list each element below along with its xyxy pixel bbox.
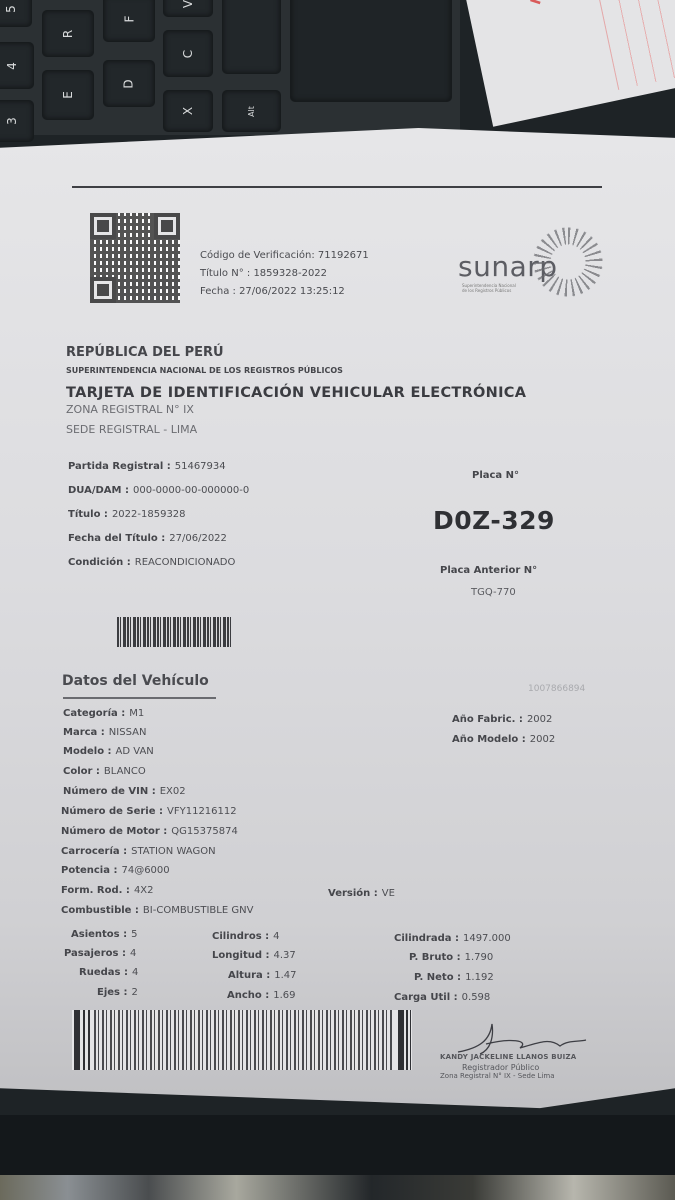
- field-carroceria: Carrocería :STATION WAGON: [61, 846, 216, 857]
- previous-plate-label: Placa Anterior N°: [440, 565, 537, 576]
- barcode-start-bar: [83, 1010, 85, 1070]
- field-modelo: Modelo :AD VAN: [63, 746, 154, 757]
- qr-finder-tr: [154, 213, 180, 239]
- field-marca: Marca :NISSAN: [63, 727, 146, 738]
- registrar-name: KANDY JACKELINE LLANOS BUIZA: [440, 1053, 576, 1061]
- header-rule: [72, 186, 602, 188]
- field-motor: Número de Motor :QG15375874: [61, 826, 238, 837]
- barcode-start-bar: [88, 1010, 90, 1070]
- barcode-stop-bar: [410, 1010, 411, 1070]
- field-color: Color :BLANCO: [63, 766, 146, 777]
- field-ejes: Ejes :2: [97, 987, 138, 998]
- key-4: 4: [0, 42, 34, 89]
- field-ano-modelo: Año Modelo :2002: [452, 734, 555, 745]
- title-number: Título N° : 1859328-2022: [200, 265, 369, 283]
- field-ancho: Ancho :1.69: [227, 990, 296, 1001]
- issue-date: Fecha : 27/06/2022 13:25:12: [200, 283, 369, 301]
- field-fecha-titulo: Fecha del Título :27/06/2022: [68, 533, 227, 544]
- floor-background: [0, 1175, 675, 1200]
- key-v: V: [163, 0, 213, 17]
- field-ano-fabric: Año Fabric. :2002: [452, 714, 552, 725]
- receipt-background: INGENI: [462, 0, 675, 127]
- field-asientos: Asientos :5: [71, 929, 137, 940]
- key-r: R: [42, 10, 94, 57]
- field-serie: Número de Serie :VFY11216112: [61, 806, 237, 817]
- agency-title: SUPERINTENDENCIA NACIONAL DE LOS REGISTR…: [66, 366, 343, 375]
- key-d: D: [103, 60, 155, 107]
- field-p-neto: P. Neto :1.192: [414, 972, 494, 983]
- field-dua: DUA/DAM :000-0000-00-000000-0: [68, 485, 249, 496]
- field-altura: Altura :1.47: [228, 970, 297, 981]
- zone-label: ZONA REGISTRAL N° IX: [66, 400, 197, 420]
- section-rule: [63, 697, 216, 699]
- field-carga-util: Carga Util :0.598: [394, 992, 490, 1003]
- key-f: F: [103, 0, 155, 42]
- field-partida: Partida Registral :51467934: [68, 461, 226, 472]
- barcode-start-bar: [74, 1010, 80, 1070]
- office-label: SEDE REGISTRAL - LIMA: [66, 420, 197, 440]
- receipt-grid: [595, 0, 675, 90]
- pdf417-barcode: [72, 1010, 412, 1070]
- field-cilindros: Cilindros :4: [212, 931, 280, 942]
- field-p-bruto: P. Bruto :1.790: [409, 952, 493, 963]
- country-title: REPÚBLICA DEL PERÚ: [66, 345, 224, 360]
- field-categoria: Categoría :M1: [63, 708, 144, 719]
- registrar-zone: Zona Registral N° IX - Sede Lima: [440, 1072, 554, 1080]
- header-meta: Código de Verificación: 71192671 Título …: [200, 247, 369, 301]
- registrar-role: Registrador Público: [462, 1063, 539, 1072]
- field-form-rod: Form. Rod. :4X2: [61, 885, 154, 896]
- keyboard-background: 5 4 R F V 3 E D C X Alt: [0, 0, 460, 135]
- field-potencia: Potencia :74@6000: [61, 865, 170, 876]
- qr-code: [90, 213, 180, 303]
- field-pasajeros: Pasajeros :4: [64, 948, 136, 959]
- qr-finder-tl: [90, 213, 116, 239]
- field-combustible: Combustible :BI-COMBUSTIBLE GNV: [61, 905, 253, 916]
- previous-plate-number: TGQ-770: [471, 587, 516, 598]
- barcode: [117, 617, 231, 647]
- verification-code: Código de Verificación: 71192671: [200, 247, 369, 265]
- key-5: 5: [0, 0, 32, 27]
- keyboard-frame: [290, 0, 452, 102]
- receipt-brand: INGENI: [528, 0, 560, 7]
- key-e: E: [42, 70, 94, 120]
- field-longitud: Longitud :4.37: [212, 950, 296, 961]
- barcode-data: [94, 1010, 394, 1070]
- sun-rays-icon: [528, 222, 608, 302]
- plate-label: Placa N°: [472, 470, 519, 481]
- field-titulo: Título :2022-1859328: [68, 509, 186, 520]
- field-cilindrada: Cilindrada :1497.000: [394, 933, 511, 944]
- key-c: C: [163, 30, 213, 77]
- key-space: [222, 0, 281, 74]
- field-ruedas: Ruedas :4: [79, 967, 138, 978]
- plate-number: D0Z-329: [433, 506, 555, 535]
- key-alt: Alt: [222, 90, 281, 132]
- sunarp-logo: sunarp Superintendencia Nacional de los …: [458, 250, 558, 293]
- field-vin: Número de VIN :EX02: [63, 786, 186, 797]
- barcode-stop-bar: [398, 1010, 404, 1070]
- registrar-signature: KANDY JACKELINE LLANOS BUIZA Registrador…: [440, 1020, 590, 1090]
- field-condicion: Condición :REACONDICIONADO: [68, 557, 235, 568]
- key-x: X: [163, 90, 213, 132]
- vehicle-section-title: Datos del Vehículo: [62, 673, 209, 689]
- qr-finder-bl: [90, 277, 116, 303]
- key-3: 3: [0, 100, 34, 142]
- field-version: Versión :VE: [328, 888, 395, 899]
- office-info: ZONA REGISTRAL N° IX SEDE REGISTRAL - LI…: [66, 400, 197, 440]
- document-title: TARJETA DE IDENTIFICACIÓN VEHICULAR ELEC…: [66, 385, 526, 401]
- barcode-stop-bar: [406, 1010, 408, 1070]
- faint-code: 1007866894: [528, 684, 585, 694]
- table-edge: [0, 1115, 675, 1175]
